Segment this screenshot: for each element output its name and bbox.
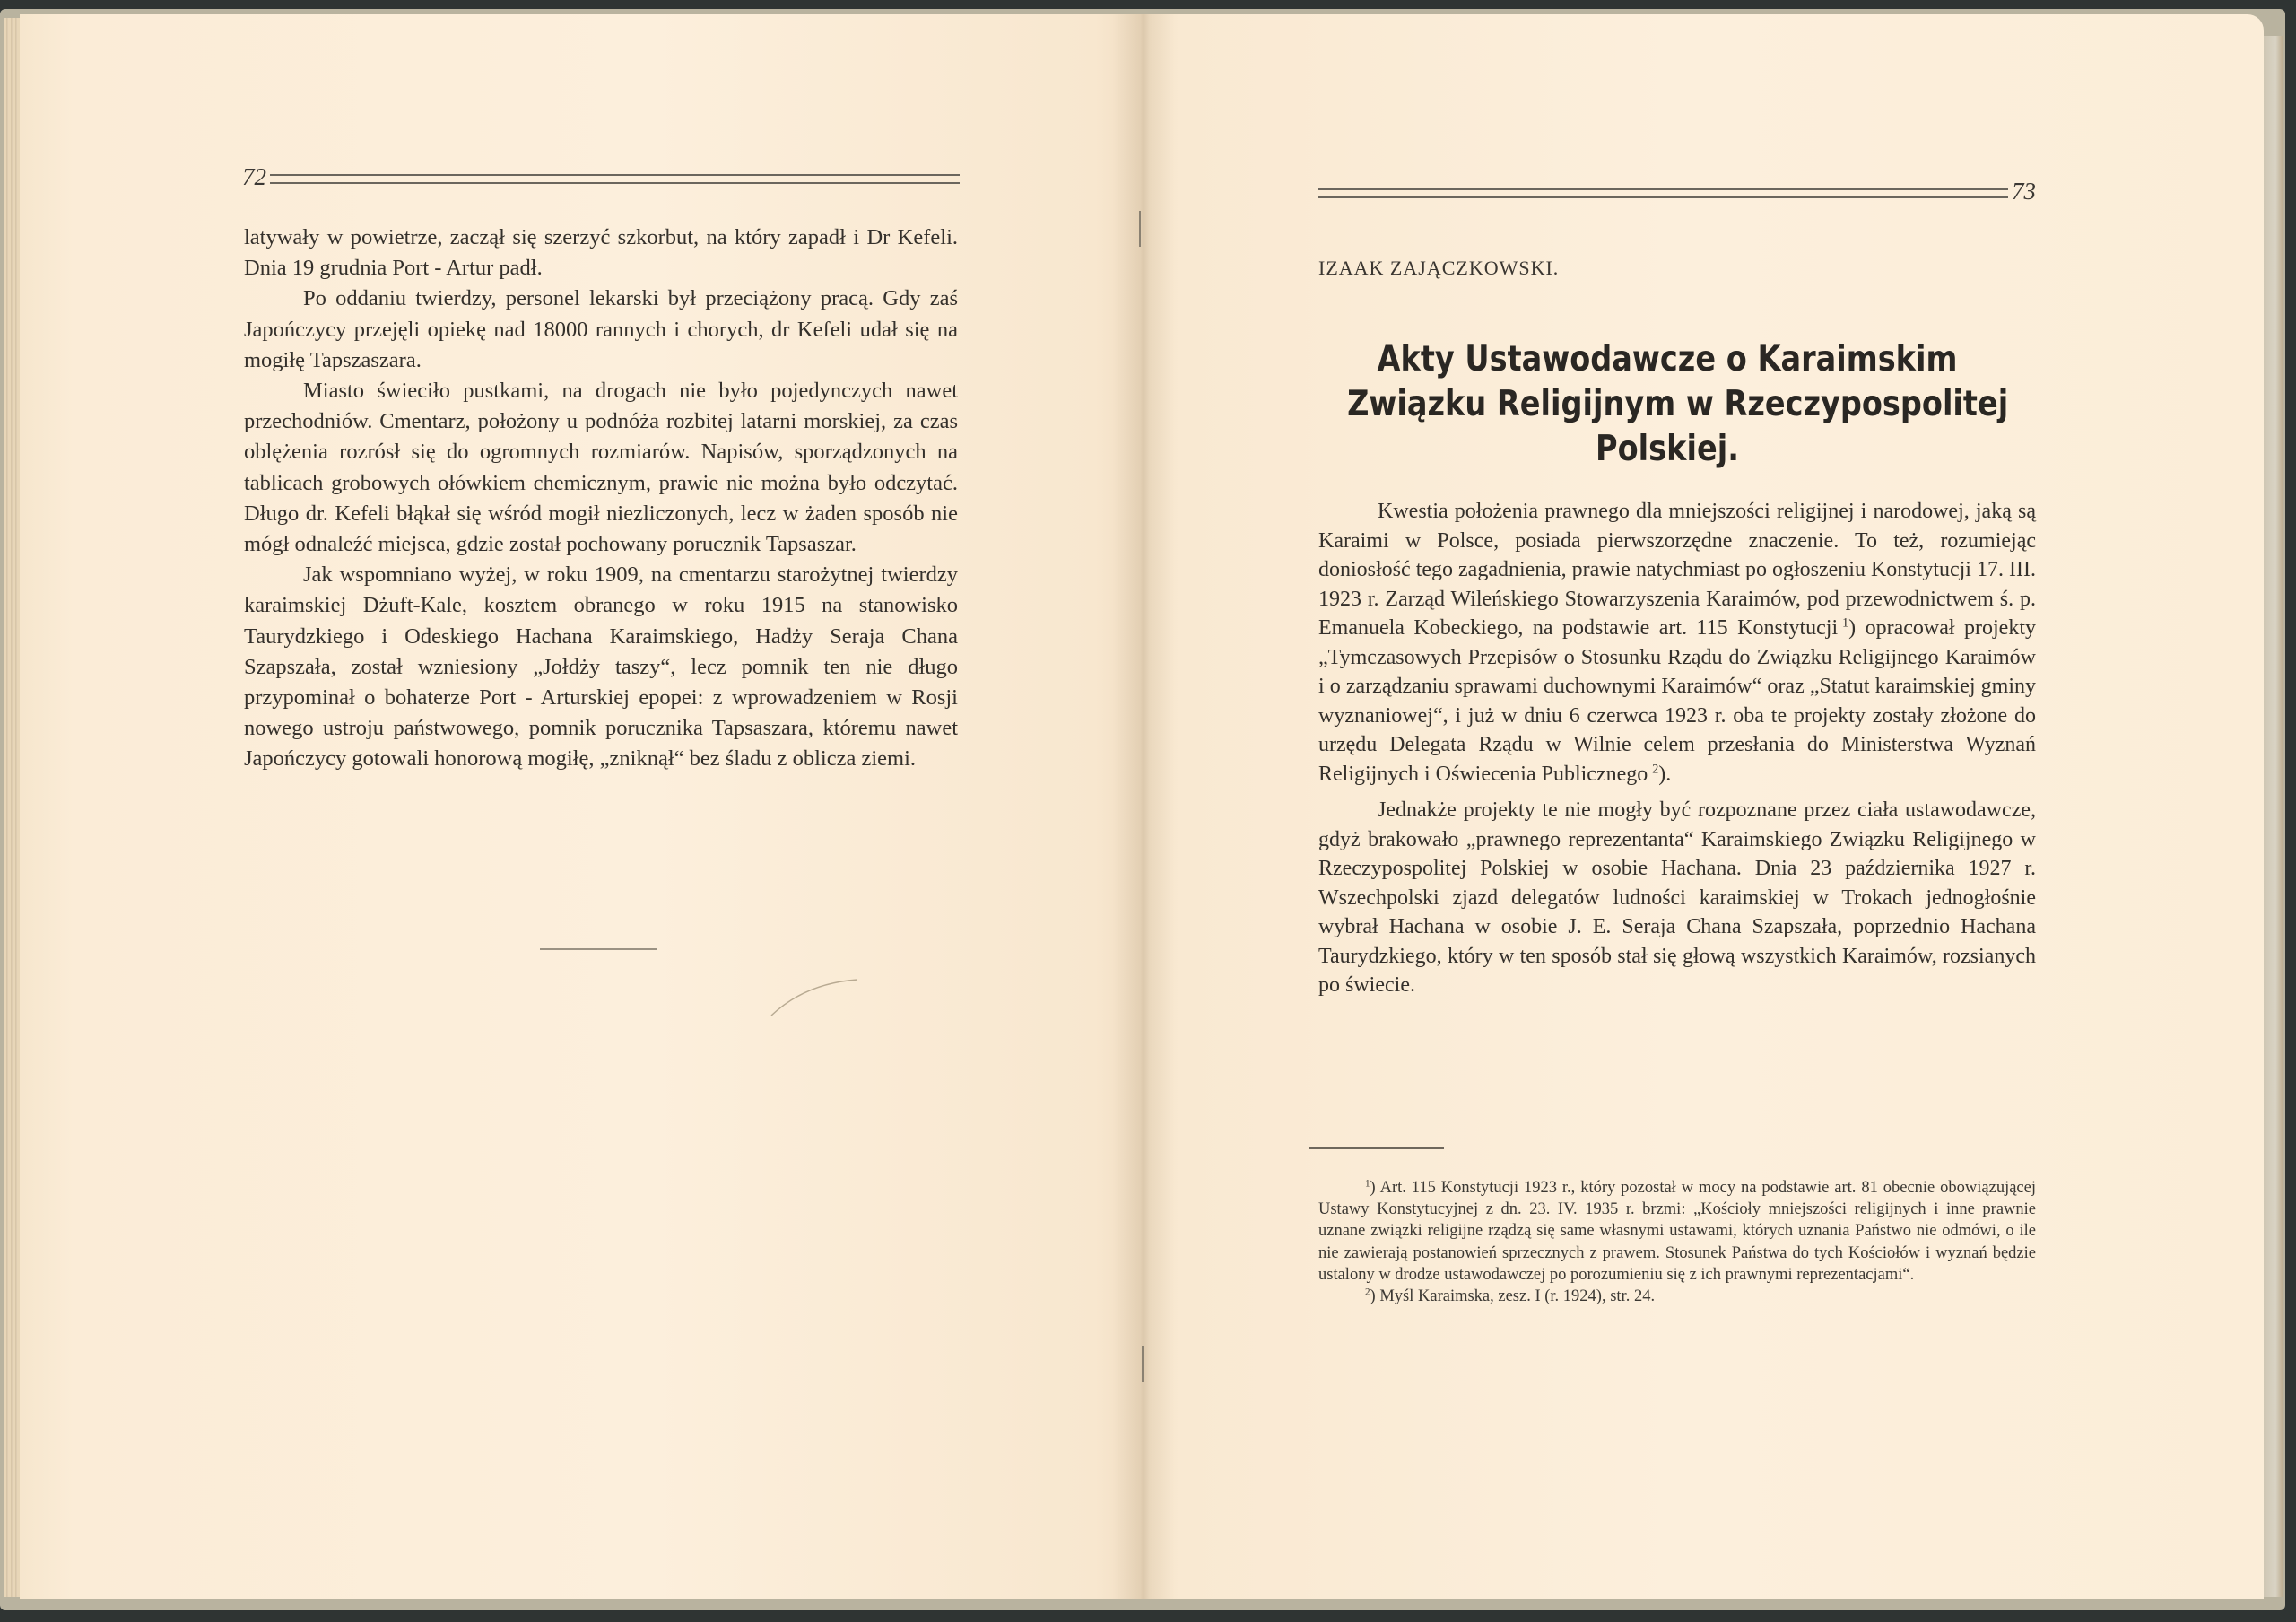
right-body-text: Kwestia położenia prawnego dla mniejszoś… xyxy=(1318,497,2036,1000)
header-double-rule xyxy=(270,174,960,184)
footnote-text: ) Art. 115 Konstytucji 1923 r., który po… xyxy=(1318,1179,2036,1284)
right-running-head: 73 xyxy=(1318,178,2036,205)
book-spine-gutter xyxy=(1112,14,1175,1599)
paragraph: Jednakże projekty te nie mogły być rozpo… xyxy=(1318,796,2036,1000)
footnote-text: ) Myśl Karaimska, zesz. I (r. 1924), str… xyxy=(1370,1287,1656,1305)
right-page: 73 IZAAK ZAJĄCZKOWSKI. Akty Ustawodawcze… xyxy=(1143,14,2264,1599)
header-double-rule xyxy=(1318,188,2008,198)
spine-thread-mark xyxy=(1139,211,1141,247)
footnote-2: 2) Myśl Karaimska, zesz. I (r. 1924), st… xyxy=(1318,1286,2036,1307)
left-running-head: 72 xyxy=(242,163,960,191)
paragraph: latywały w powietrze, zaczął się szerzyć… xyxy=(244,222,958,283)
title-line: Polskiej. xyxy=(1347,427,1987,472)
stray-hair-mark xyxy=(770,972,859,1017)
footnotes: 1) Art. 115 Konstytucji 1923 r., który p… xyxy=(1318,1177,2036,1307)
title-line: Związku Religijnym w Rzeczypospolitej xyxy=(1347,382,1987,427)
title-line: Akty Ustawodawcze o Karaimskim xyxy=(1347,337,1987,382)
footnote-1: 1) Art. 115 Konstytucji 1923 r., który p… xyxy=(1318,1177,2036,1286)
spine-thread-mark xyxy=(1142,1346,1144,1382)
paragraph: Jak wspomniano wyżej, w roku 1909, na cm… xyxy=(244,560,958,774)
paragraph: Miasto świeciło pustkami, na drogach nie… xyxy=(244,376,958,560)
paragraph-text: ) opracował projekty „Tymczasowych Przep… xyxy=(1318,616,2036,786)
page-number-left: 72 xyxy=(242,163,266,191)
paragraph: Kwestia położenia prawnego dla mniejszoś… xyxy=(1318,497,2036,789)
left-body-text: latywały w powietrze, zaczął się szerzyć… xyxy=(244,222,958,775)
left-page: 72 latywały w powietrze, zaczął się szer… xyxy=(20,14,1143,1599)
end-of-chapter-rule xyxy=(540,948,657,950)
footnote-separator-rule xyxy=(1309,1147,1444,1149)
paragraph-text: ). xyxy=(1658,763,1671,786)
page-number-right: 73 xyxy=(2012,178,2036,205)
article-author: IZAAK ZAJĄCZKOWSKI. xyxy=(1318,257,1559,280)
article-title: Akty Ustawodawcze o Karaimskim Związku R… xyxy=(1347,337,1987,472)
right-page-edges xyxy=(2264,36,2283,1597)
paragraph: Po oddaniu twierdzy, personel lekarski b… xyxy=(244,283,958,376)
